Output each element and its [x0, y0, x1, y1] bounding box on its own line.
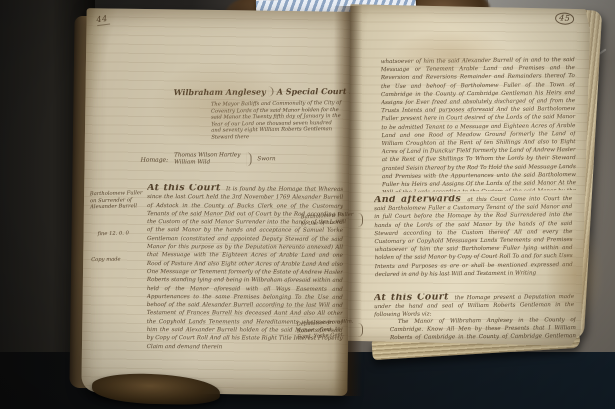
brace-decoration [358, 213, 363, 227]
margin-note-copy-made: Copy made [91, 256, 141, 264]
entry-body-text: at this Court Came into Court the said B… [374, 196, 573, 278]
margin-note-text: Bartholomew Fuller to Use of his Will [301, 212, 356, 228]
homage-sworn-label: Sworn [257, 156, 275, 162]
paragraph-continuation: whatsoever of him the said Alexander Bur… [381, 56, 576, 192]
entry-opening-words: At this Court [374, 292, 452, 303]
court-heading-subtext: The Mayor Bailiffs and Commonalty of the… [211, 100, 343, 141]
homage-row: Homage: Thomas Wilson Hartley William Wi… [141, 152, 341, 167]
entry-opening-words: At this Court [147, 184, 224, 193]
homage-name: William Wild [174, 159, 240, 166]
margin-note-deputation: Deputation from Wm. Roberts Gent. to Sam… [297, 320, 363, 340]
margin-note-surrender: Bartholomew Fuller on Surrender of Alexa… [90, 190, 148, 211]
margin-note-use-of-will: Bartholomew Fuller to Use of his Will [301, 213, 363, 227]
margin-note-fine: fine 12. 0. 0 [97, 230, 143, 238]
manor-name: Wilbraham Anglesey [174, 87, 266, 98]
entry-opening-words: And afterwards [374, 194, 464, 205]
paragraph-and-afterwards: And afterwards at this Court Came into C… [374, 194, 573, 292]
brace-decoration [358, 323, 363, 337]
brace-decoration [269, 86, 274, 96]
court-heading: Wilbraham Anglesey A Special Court Baron [174, 86, 346, 97]
paragraph-deputation-words: The Manor of Wilbraham Anglesey in the C… [390, 316, 576, 344]
brace-decoration [246, 152, 251, 166]
page-number-left: 44 [96, 14, 110, 27]
margin-note-text: Deputation from Wm. Roberts Gent. to Sam… [297, 318, 356, 341]
homage-names: Thomas Wilson Hartley William Wild [174, 152, 240, 166]
photo-of-open-manuscript: 44 Wilbraham Anglesey A Special Court Ba… [0, 0, 615, 409]
right-page: 45 whatsoever of him the said Alexander … [348, 4, 590, 346]
homage-label: Homage: [141, 156, 169, 163]
